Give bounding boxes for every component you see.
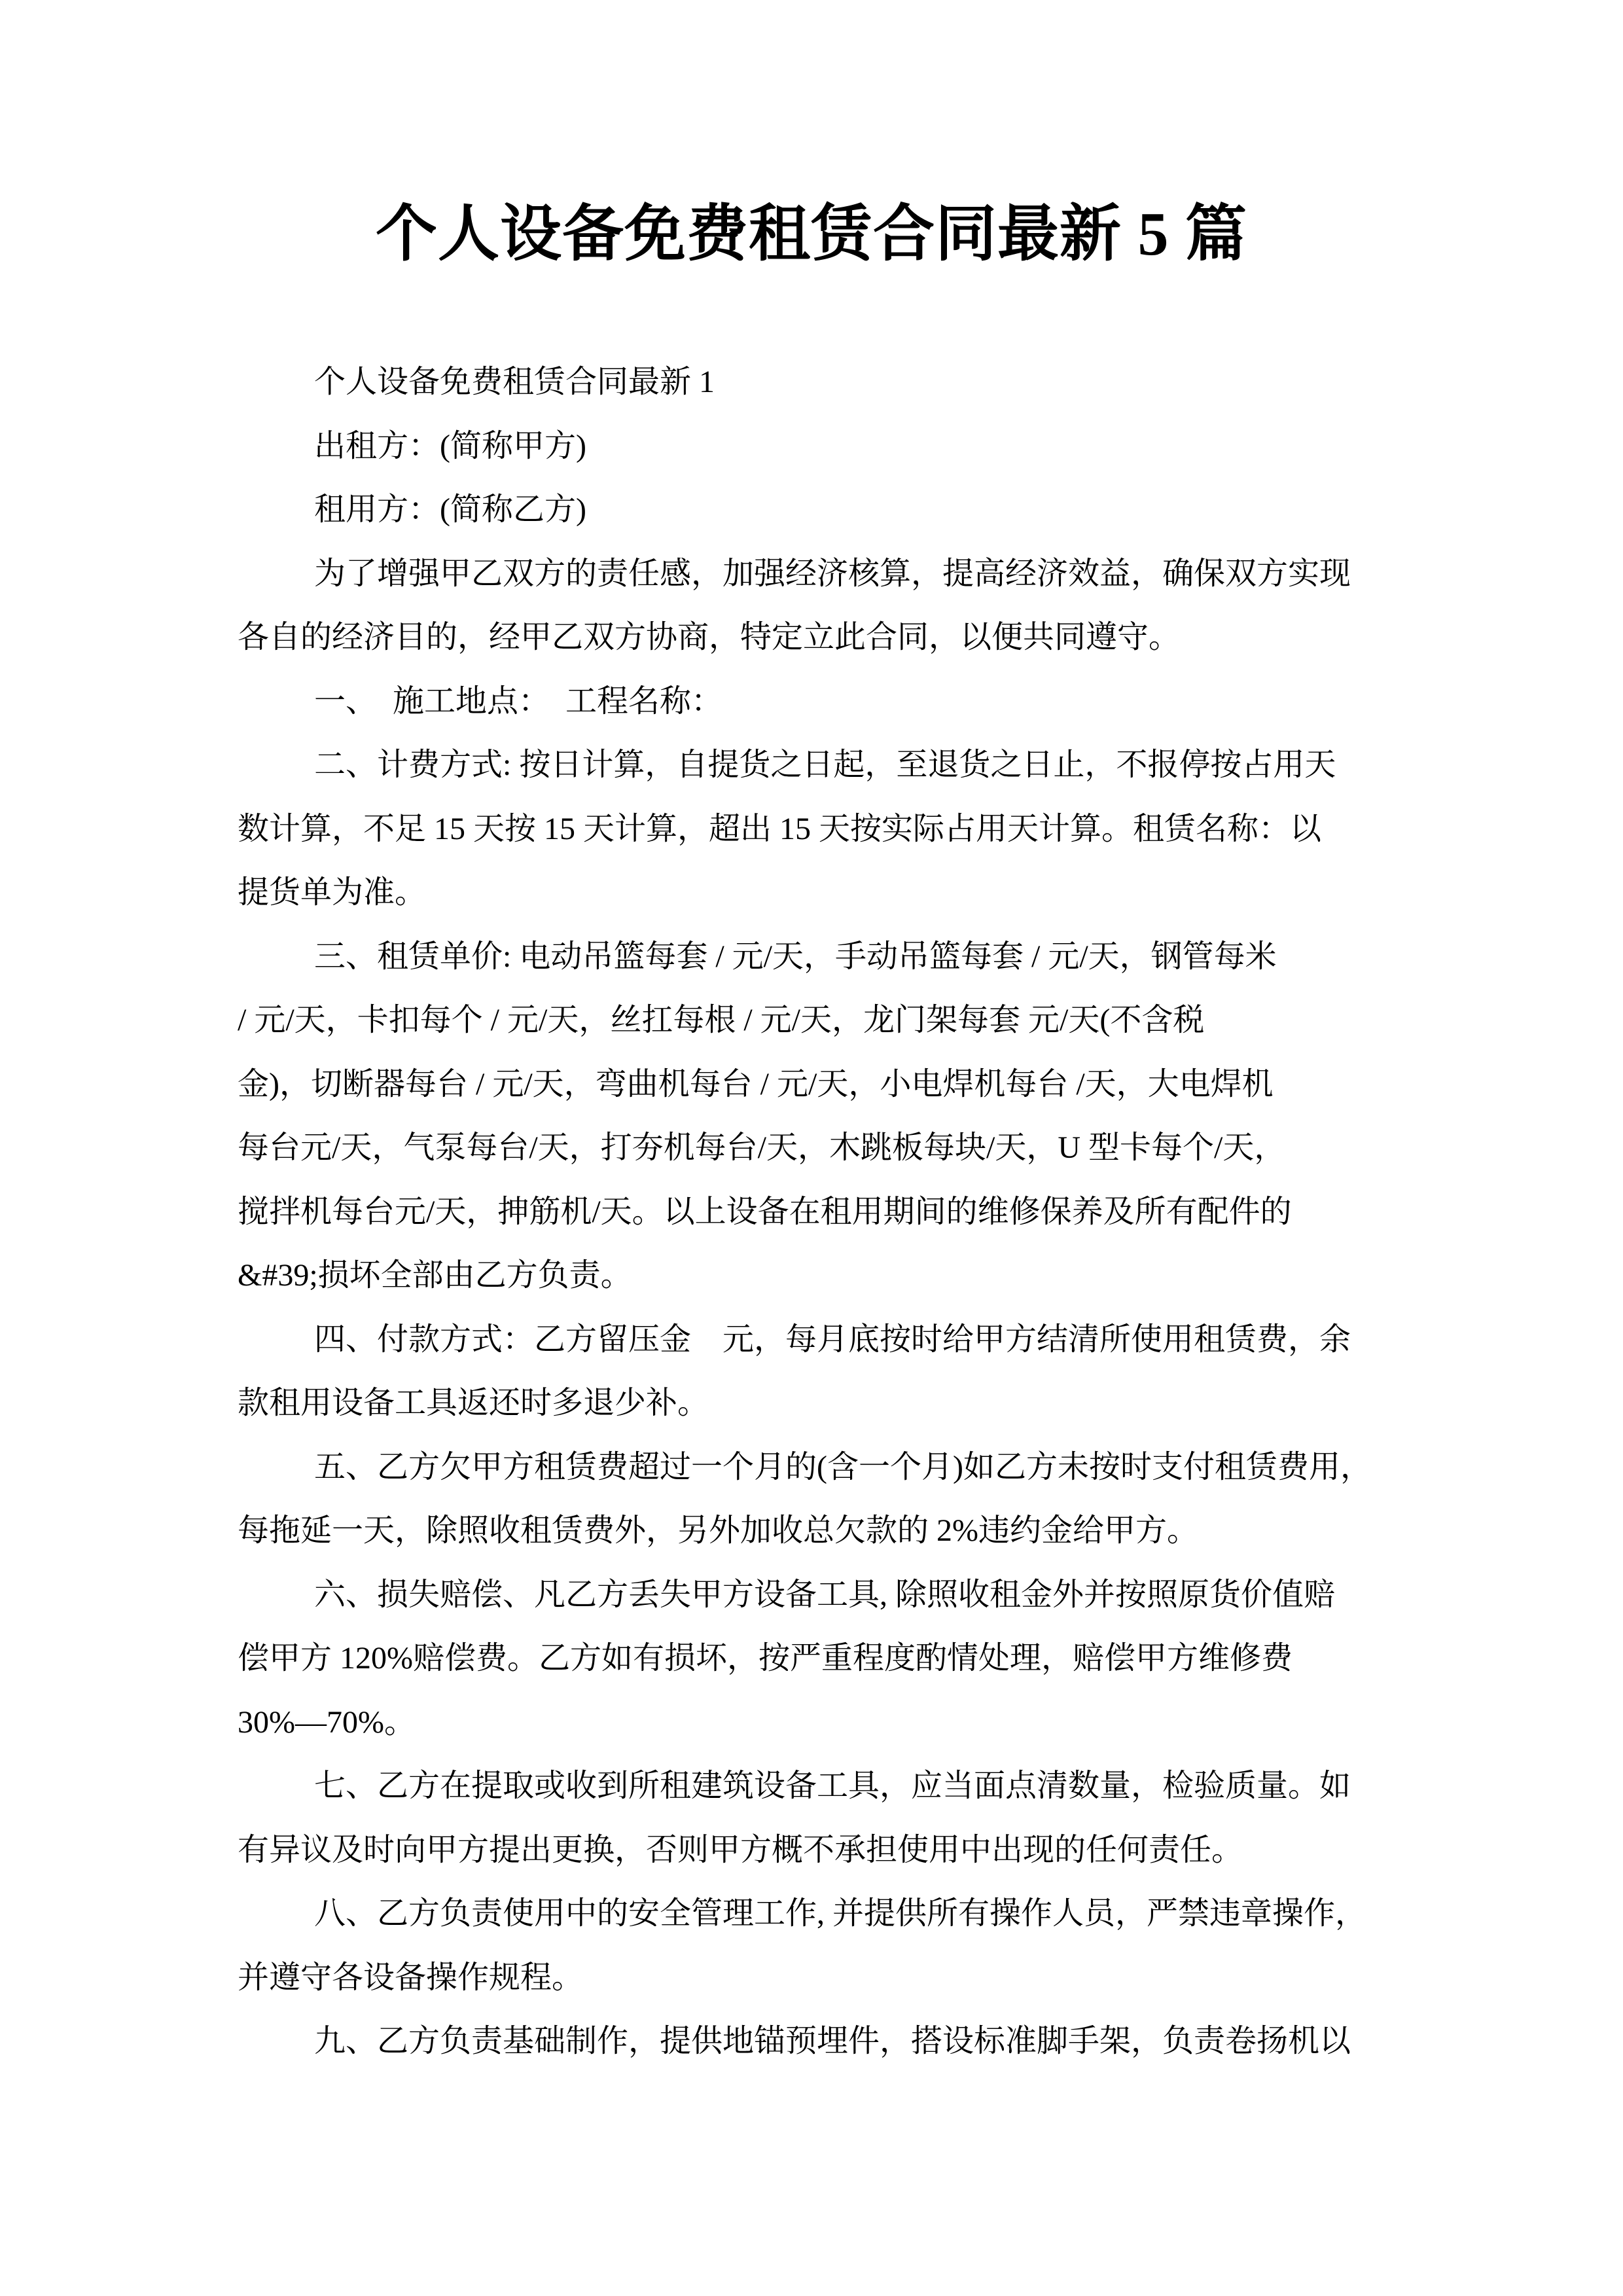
- text-line: 二、计费方式: 按日计算，自提货之日起，至退货之日止，不报停按占用天: [238, 733, 1385, 797]
- text-line: 租用方：(简称乙方): [238, 478, 1385, 542]
- text-line: 九、乙方负责基础制作，提供地锚预埋件，搭设标准脚手架，负责卷扬机以: [238, 2009, 1385, 2073]
- text-line: 出租方：(简称甲方): [238, 414, 1385, 478]
- text-line: 偿甲方 120%赔偿费。乙方如有损坏，按严重程度酌情处理，赔偿甲方维修费: [238, 1626, 1385, 1691]
- page: 个人设备免费租赁合同最新 5 篇 个人设备免费租赁合同最新 1 出租方：(简称甲…: [0, 0, 1623, 2296]
- text-line: 七、乙方在提取或收到所租建筑设备工具，应当面点清数量，检验质量。如: [238, 1754, 1385, 1818]
- text-line: 每台元/天，气泵每台/天，打夯机每台/天，木跳板每块/天，U 型卡每个/天，: [238, 1116, 1385, 1180]
- text-line: 八、乙方负责使用中的安全管理工作, 并提供所有操作人员，严禁违章操作，: [238, 1882, 1385, 1946]
- text-line: 有异议及时向甲方提出更换，否则甲方概不承担使用中出现的任何责任。: [238, 1818, 1385, 1882]
- text-line: 并遵守各设备操作规程。: [238, 1946, 1385, 2010]
- text-line: 金)，切断器每台 / 元/天，弯曲机每台 / 元/天，小电焊机每台 /天，大电焊…: [238, 1052, 1385, 1117]
- text-line: 搅拌机每台元/天，抻筋机/天。以上设备在租用期间的维修保养及所有配件的: [238, 1180, 1385, 1244]
- text-line: 各自的经济目的，经甲乙双方协商，特定立此合同，以便共同遵守。: [238, 605, 1385, 670]
- text-line: 一、 施工地点： 工程名称：: [238, 670, 1385, 734]
- text-line: 六、损失赔偿、凡乙方丢失甲方设备工具, 除照收租金外并按照原货价值赔: [238, 1563, 1385, 1627]
- text-line: 数计算，不足 15 天按 15 天计算，超出 15 天按实际占用天计算。租赁名称…: [238, 797, 1385, 861]
- text-line: 个人设备免费租赁合同最新 1: [238, 350, 1385, 414]
- text-line: 每拖延一天，除照收租赁费外，另外加收总欠款的 2%违约金给甲方。: [238, 1499, 1385, 1563]
- text-line: 为了增强甲乙双方的责任感，加强经济核算，提高经济效益，确保双方实现: [238, 542, 1385, 606]
- text-line: 四、付款方式：乙方留压金 元，每月底按时给甲方结清所使用租赁费，余: [238, 1308, 1385, 1372]
- text-line: 30%—70%。: [238, 1691, 1385, 1755]
- text-line: 提货单为准。: [238, 861, 1385, 925]
- text-line: 五、乙方欠甲方租赁费超过一个月的(含一个月)如乙方未按时支付租赁费用，: [238, 1435, 1385, 1499]
- text-line: &#39;损坏全部由乙方负责。: [238, 1244, 1385, 1308]
- text-line: 三、租赁单价: 电动吊篮每套 / 元/天，手动吊篮每套 / 元/天，钢管每米: [238, 925, 1385, 989]
- text-line: 款租用设备工具返还时多退少补。: [238, 1371, 1385, 1435]
- document-body: 个人设备免费租赁合同最新 1 出租方：(简称甲方) 租用方：(简称乙方) 为了增…: [238, 350, 1385, 2073]
- text-line: / 元/天，卡扣每个 / 元/天，丝扛每根 / 元/天，龙门架每套 元/天(不含…: [238, 988, 1385, 1052]
- document-title: 个人设备免费租赁合同最新 5 篇: [0, 195, 1623, 274]
